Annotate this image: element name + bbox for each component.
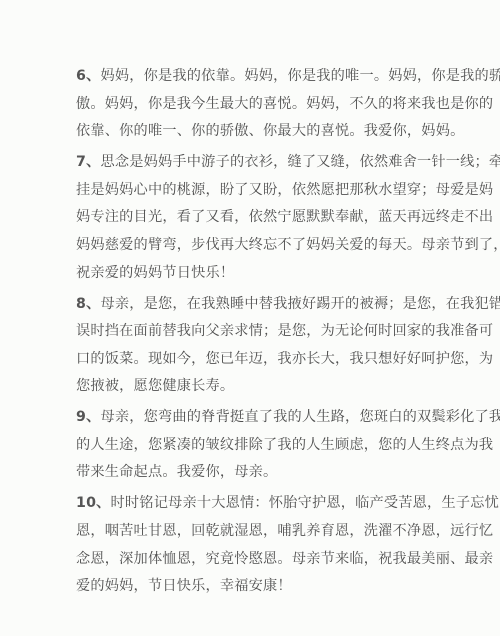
item-number: 7、 (76, 154, 100, 170)
text-line: 8、母亲，是您，在我熟睡中替我掖好踢开的被褥；是您，在我犯错 (76, 291, 428, 319)
text-line: 的人生途，您紧凑的皱纹排除了我的人生顾虑，您的人生终点为我 (76, 432, 428, 460)
text-line: 依靠、你的唯一、你的骄傲、你最大的喜悦。我爱你，妈妈。 (76, 118, 428, 146)
paragraph-6: 6、妈妈，你是我的依靠。妈妈，你是我的唯一。妈妈，你是我的骄 傲。妈妈，你是我今… (76, 63, 428, 146)
text-line: 恩，咽苦吐甘恩，回乾就湿恩，哺乳养育恩，洗濯不净恩，远行忆 (76, 518, 428, 546)
text-line: 9、母亲，您弯曲的脊背挺直了我的人生路，您斑白的双鬓彩化了我 (76, 404, 428, 432)
line-text: 母亲，是您，在我熟睡中替我掖好踢开的被褥；是您，在我犯错 (100, 296, 500, 312)
text-line: 误时挡在面前替我向父亲求情；是您，为无论何时回家的我准备可 (76, 318, 428, 346)
text-line: 傲。妈妈，你是我今生最大的喜悦。妈妈，不久的将来我也是你的 (76, 91, 428, 119)
item-number: 6、 (76, 68, 100, 84)
item-number: 9、 (76, 409, 100, 425)
paragraph-10: 10、时时铭记母亲十大恩情：怀胎守护恩，临产受苦恩，生子忘忧 恩，咽苦吐甘恩，回… (76, 490, 428, 600)
item-number: 10、 (76, 495, 111, 511)
text-line: 7、思念是妈妈手中游子的衣衫，缝了又缝，依然难舍一针一线；牵 (76, 149, 428, 177)
text-line: 祝亲爱的妈妈节日快乐！ (76, 260, 428, 288)
paragraph-8: 8、母亲，是您，在我熟睡中替我掖好踢开的被褥；是您，在我犯错 误时挡在面前替我向… (76, 291, 428, 401)
text-line: 口的饭菜。现如今，您已年迈，我亦长大，我只想好好呵护您，为 (76, 346, 428, 374)
line-text: 时时铭记母亲十大恩情：怀胎守护恩，临产受苦恩，生子忘忧 (111, 495, 499, 511)
text-line: 爱的妈妈，节日快乐，幸福安康！ (76, 573, 428, 601)
paragraph-9: 9、母亲，您弯曲的脊背挺直了我的人生路，您斑白的双鬓彩化了我 的人生途，您紧凑的… (76, 404, 428, 487)
document-body: 6、妈妈，你是我的依靠。妈妈，你是我的唯一。妈妈，你是我的骄 傲。妈妈，你是我今… (76, 63, 428, 604)
text-line: 10、时时铭记母亲十大恩情：怀胎守护恩，临产受苦恩，生子忘忧 (76, 490, 428, 518)
text-line: 妈专注的目光，看了又看，依然宁愿默默奉献，蓝天再远终走不出 (76, 204, 428, 232)
text-line: 挂是妈妈心中的桃源，盼了又盼，依然愿把那秋水望穿；母爱是妈 (76, 177, 428, 205)
text-line: 念恩，深加体恤恩，究竟怜愍恩。母亲节来临，祝我最美丽、最亲 (76, 546, 428, 574)
line-text: 母亲，您弯曲的脊背挺直了我的人生路，您斑白的双鬓彩化了我 (100, 409, 500, 425)
paragraph-7: 7、思念是妈妈手中游子的衣衫，缝了又缝，依然难舍一针一线；牵 挂是妈妈心中的桃源… (76, 149, 428, 287)
item-number: 8、 (76, 296, 100, 312)
text-line: 妈妈慈爱的臂弯，步伐再大终忘不了妈妈关爱的每天。母亲节到了， (76, 232, 428, 260)
line-text: 妈妈，你是我的依靠。妈妈，你是我的唯一。妈妈，你是我的骄 (100, 68, 500, 84)
text-line: 6、妈妈，你是我的依靠。妈妈，你是我的唯一。妈妈，你是我的骄 (76, 63, 428, 91)
text-line: 您掖被，愿您健康长寿。 (76, 373, 428, 401)
line-text: 思念是妈妈手中游子的衣衫，缝了又缝，依然难舍一针一线；牵 (100, 154, 500, 170)
text-line: 带来生命起点。我爱你，母亲。 (76, 459, 428, 487)
